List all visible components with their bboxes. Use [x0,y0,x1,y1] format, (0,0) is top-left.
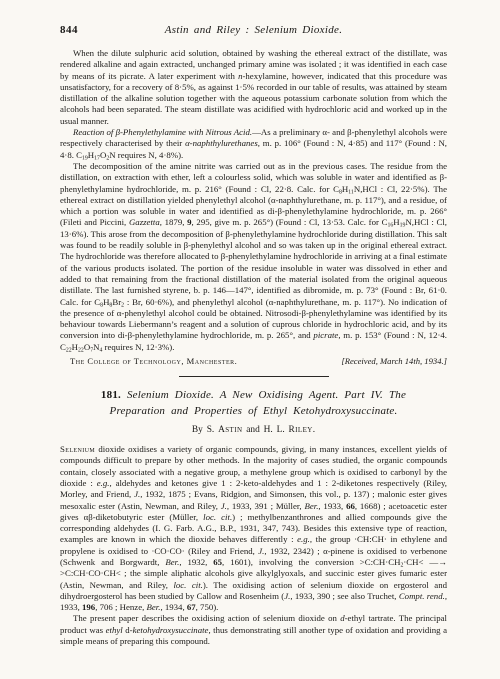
article-byline: By S. Astin and H. L. Riley. [60,425,447,435]
journal-page: 844 Astin and Riley : Selenium Dioxide. … [0,0,500,679]
body-paragraph: Selenium dioxide oxidises a variety of o… [60,444,447,613]
article-divider-rule [179,376,329,377]
page-header: 844 Astin and Riley : Selenium Dioxide. [60,24,447,39]
article-title: 181. Selenium Dioxide. A New Oxidising A… [74,388,433,419]
institution-name: The College of Technology, Manchester. [70,356,237,366]
page-number: 844 [60,24,78,36]
previous-article-body: When the dilute sulphuric acid solution,… [60,48,447,366]
article-body: Selenium dioxide oxidises a variety of o… [60,444,447,647]
received-date: [Received, March 14th, 1934.] [341,356,447,366]
body-paragraph: The decomposition of the amine nitrite w… [60,161,447,353]
body-paragraph: When the dilute sulphuric acid solution,… [60,48,447,127]
body-paragraph: The present paper describes the oxidisin… [60,613,447,647]
running-title: Astin and Riley : Selenium Dioxide. [60,24,447,36]
signature-line: The College of Technology, Manchester. [… [60,356,447,366]
body-paragraph: Reaction of β-Phenylethylamine with Nitr… [60,127,447,161]
